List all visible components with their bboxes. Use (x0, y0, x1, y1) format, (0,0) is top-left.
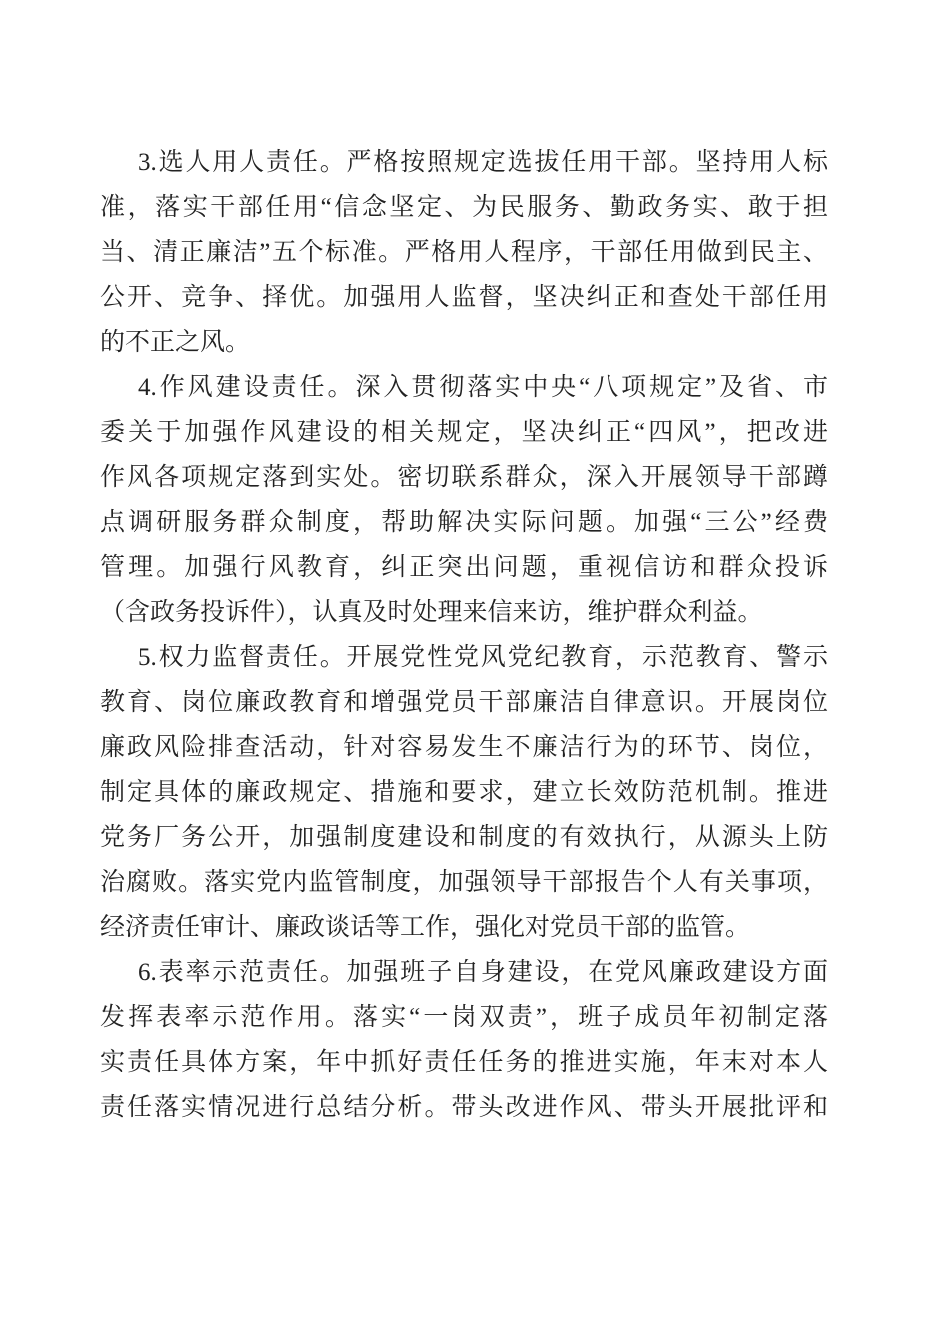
text-line: 经济责任审计、廉政谈话等工作，强化对党员干部的监管。 (100, 905, 828, 950)
paragraph-6: 6.表率示范责任。加强班子自身建设，在党风廉政建设方面 发挥表率示范作用。落实“… (100, 950, 828, 1130)
text-line: 当、清正廉洁”五个标准。严格用人程序，干部任用做到民主、 (100, 230, 828, 275)
paragraph-4: 4.作风建设责任。深入贯彻落实中央“八项规定”及省、市 委关于加强作风建设的相关… (100, 365, 828, 635)
text-line: 实责任具体方案，年中抓好责任任务的推进实施，年末对本人 (100, 1040, 828, 1085)
text-line: 6.表率示范责任。加强班子自身建设，在党风廉政建设方面 (100, 950, 828, 995)
text-line: 党务厂务公开，加强制度建设和制度的有效执行，从源头上防 (100, 815, 828, 860)
text-line: （含政务投诉件），认真及时处理来信来访，维护群众利益。 (100, 590, 828, 635)
text-line: 作风各项规定落到实处。密切联系群众，深入开展领导干部蹲 (100, 455, 828, 500)
document-body: 3.选人用人责任。严格按照规定选拔任用干部。坚持用人标 准，落实干部任用“信念坚… (100, 140, 828, 1130)
text-line: 准，落实干部任用“信念坚定、为民服务、勤政务实、敢于担 (100, 185, 828, 230)
text-line: 3.选人用人责任。严格按照规定选拔任用干部。坚持用人标 (100, 140, 828, 185)
text-line: 点调研服务群众制度，帮助解决实际问题。加强“三公”经费 (100, 500, 828, 545)
text-line: 教育、岗位廉政教育和增强党员干部廉洁自律意识。开展岗位 (100, 680, 828, 725)
text-line: 发挥表率示范作用。落实“一岗双责”，班子成员年初制定落 (100, 995, 828, 1040)
paragraph-5: 5.权力监督责任。开展党性党风党纪教育，示范教育、警示 教育、岗位廉政教育和增强… (100, 635, 828, 950)
text-line: 公开、竞争、择优。加强用人监督，坚决纠正和查处干部任用 (100, 275, 828, 320)
text-line: 制定具体的廉政规定、措施和要求，建立长效防范机制。推进 (100, 770, 828, 815)
text-line: 委关于加强作风建设的相关规定，坚决纠正“四风”，把改进 (100, 410, 828, 455)
text-line: 的不正之风。 (100, 320, 828, 365)
paragraph-3: 3.选人用人责任。严格按照规定选拔任用干部。坚持用人标 准，落实干部任用“信念坚… (100, 140, 828, 365)
text-line: 管理。加强行风教育，纠正突出问题，重视信访和群众投诉 (100, 545, 828, 590)
text-line: 廉政风险排查活动，针对容易发生不廉洁行为的环节、岗位， (100, 725, 828, 770)
text-line: 责任落实情况进行总结分析。带头改进作风、带头开展批评和 (100, 1085, 828, 1130)
text-line: 5.权力监督责任。开展党性党风党纪教育，示范教育、警示 (100, 635, 828, 680)
document-page: 3.选人用人责任。严格按照规定选拔任用干部。坚持用人标 准，落实干部任用“信念坚… (0, 0, 950, 1344)
text-line: 治腐败。落实党内监管制度，加强领导干部报告个人有关事项， (100, 860, 828, 905)
text-line: 4.作风建设责任。深入贯彻落实中央“八项规定”及省、市 (100, 365, 828, 410)
